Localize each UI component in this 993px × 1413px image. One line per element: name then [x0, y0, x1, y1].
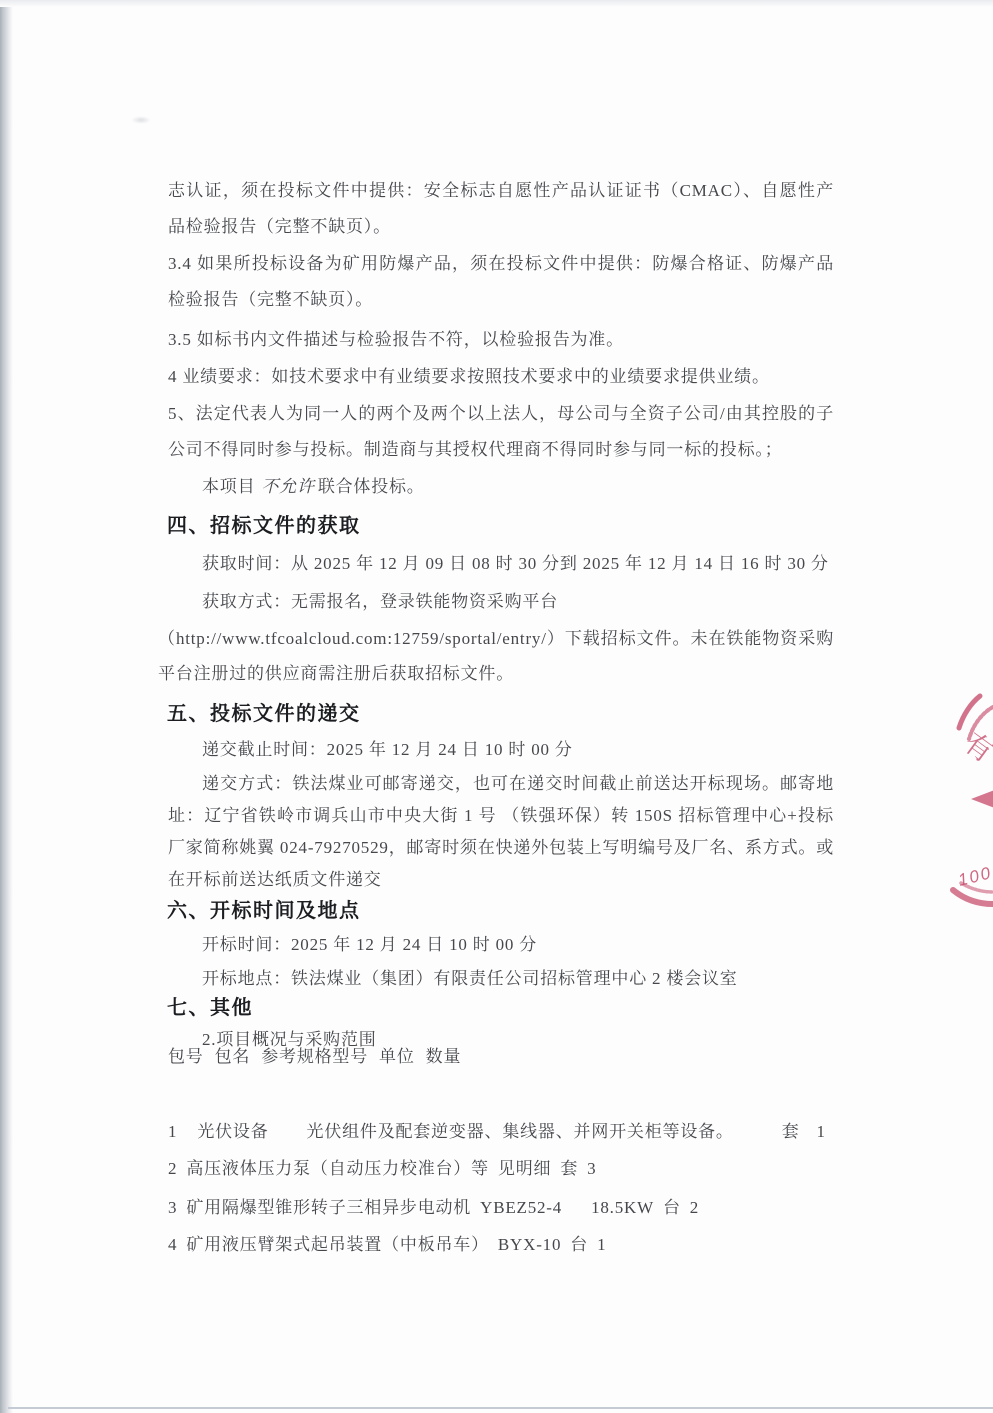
row-spec: YBEZ52-4	[480, 1198, 562, 1218]
red-seal-stamp: 有 100	[949, 693, 993, 908]
obtain-url-note: （http://www.tfcoalcloud.com:12759/sporta…	[158, 621, 834, 691]
row-qty: 3	[587, 1159, 596, 1179]
row-qty: 1	[597, 1235, 606, 1255]
row-name: 高压液体压力泵（自动压力校准台）等	[186, 1154, 489, 1179]
page-bottom-scan-edge	[8, 1407, 993, 1409]
paragraph-clause-3-4: 3.4 如果所投标设备为矿用防爆产品，须在投标文件中提供：防爆合格证、防爆产品检…	[168, 246, 834, 318]
header-package-name: 包名	[215, 1047, 251, 1066]
consortium-emphasis: 不允许	[261, 477, 314, 496]
obtain-method: 获取方式：无需报名，登录铁能物资采购平台	[168, 584, 834, 620]
table-row: 2 高压液体压力泵（自动压力校准台）等 见明细 套 3	[168, 1154, 596, 1179]
stamp-value-text: 100	[956, 863, 993, 890]
package-table-header: 包号包名参考规格型号单位数量	[168, 1042, 472, 1067]
row-qty: 2	[690, 1198, 699, 1218]
section-heading-other: 七、其他	[167, 991, 253, 1020]
page-left-scan-edge	[0, 0, 13, 1413]
stamp-star-icon	[971, 761, 993, 837]
paragraph-clause-5: 5、法定代表人为同一人的两个及两个以上法人，母公司与全资子公司/由其控股的子公司…	[168, 396, 834, 468]
row-name: 矿用隔爆型锥形转子三相异步电动机	[186, 1193, 471, 1218]
consortium-prefix: 本项目	[202, 477, 255, 496]
row-name: 矿用液压臂架式起吊装置（中板吊车）	[186, 1230, 489, 1255]
header-unit: 单位	[379, 1047, 415, 1066]
section-heading-obtain-documents: 四、招标文件的获取	[167, 509, 361, 538]
paragraph-continued-certification: 志认证，须在投标文件中提供：安全标志自愿性产品认证证书（CMAC）、自愿性产品检…	[168, 173, 834, 245]
paragraph-clause-3-5: 3.5 如标书内文件描述与检验报告不符，以检验报告为准。	[168, 322, 834, 358]
row-spec-power: 18.5KW	[591, 1198, 654, 1218]
table-row: 4 矿用液压臂架式起吊装置（中板吊车） BYX-10 台 1	[168, 1230, 606, 1255]
header-spec-model: 参考规格型号	[261, 1047, 368, 1066]
scan-smudge	[131, 116, 151, 124]
paragraph-consortium-rule: 本项目不允许联合体投标。	[168, 469, 834, 505]
header-package-no: 包号	[168, 1047, 204, 1066]
header-quantity: 数量	[426, 1047, 462, 1066]
row-qty: 1	[817, 1122, 826, 1142]
paragraph-clause-4: 4 业绩要求：如技术要求中有业绩要求按照技术要求中的业绩要求提供业绩。	[168, 359, 834, 395]
scanned-document-page: 志认证，须在投标文件中提供：安全标志自愿性产品认证证书（CMAC）、自愿性产品检…	[0, 0, 993, 1413]
row-spec: 见明细	[498, 1154, 551, 1179]
row-no: 4	[168, 1235, 177, 1255]
row-unit: 套	[560, 1154, 578, 1179]
row-no: 3	[168, 1198, 177, 1218]
table-row: 1 光伏设备 光伏组件及配套逆变器、集线器、并网开关柜等设备。 套 1	[168, 1117, 826, 1142]
row-spec: 光伏组件及配套逆变器、集线器、并网开关柜等设备。	[307, 1117, 734, 1142]
row-no: 1	[168, 1122, 177, 1142]
obtain-time: 获取时间：从 2025 年 12 月 09 日 08 时 30 分到 2025 …	[168, 546, 834, 582]
row-unit: 套	[782, 1117, 800, 1142]
page-top-scan-edge	[0, 0, 993, 7]
section-heading-bid-opening: 六、开标时间及地点	[167, 894, 361, 923]
opening-time: 开标时间：2025 年 12 月 24 日 10 时 00 分	[168, 927, 834, 963]
submission-method: 递交方式：铁法煤业可邮寄递交，也可在递交时间截止前送达开标现场。邮寄地址：辽宁省…	[168, 768, 834, 896]
submission-deadline: 递交截止时间：2025 年 12 月 24 日 10 时 00 分	[168, 732, 834, 768]
row-no: 2	[168, 1159, 177, 1179]
consortium-suffix: 联合体投标。	[318, 477, 425, 496]
stamp-partial-character: 有	[958, 727, 993, 769]
row-unit: 台	[663, 1193, 681, 1218]
opening-place: 开标地点：铁法煤业（集团）有限责任公司招标管理中心 2 楼会议室	[168, 961, 834, 997]
table-row: 3 矿用隔爆型锥形转子三相异步电动机 YBEZ52-4 18.5KW 台 2	[168, 1193, 699, 1218]
section-heading-bid-submission: 五、投标文件的递交	[167, 697, 361, 726]
row-spec: BYX-10	[498, 1235, 561, 1255]
row-name: 光伏设备	[197, 1117, 268, 1142]
row-unit: 台	[570, 1230, 588, 1255]
